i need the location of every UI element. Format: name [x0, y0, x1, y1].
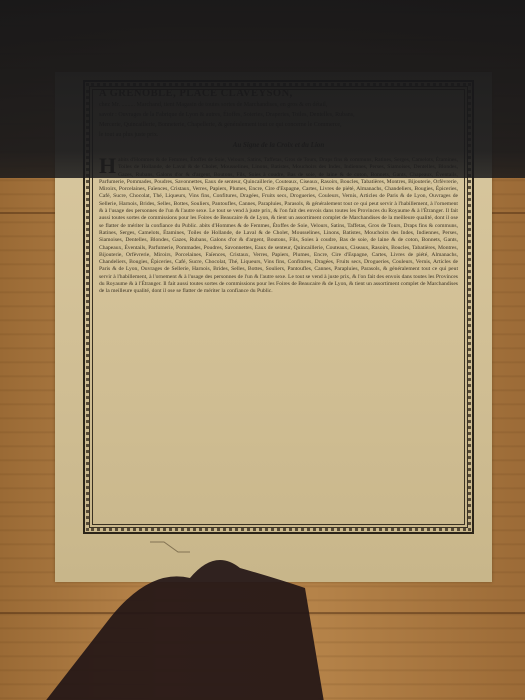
top-shadow	[0, 0, 525, 178]
notice-body-text-continued: abits d'Hommes & de Femmes, Étoffes de S…	[99, 223, 458, 295]
hand-shadow	[40, 548, 350, 700]
